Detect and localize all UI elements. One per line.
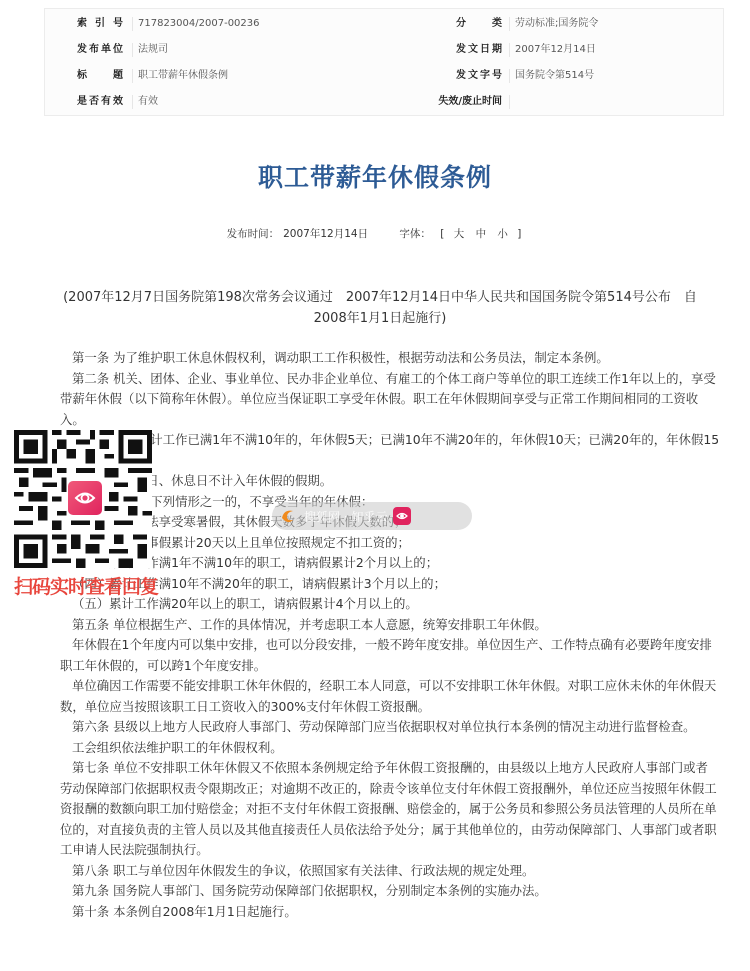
- meta-label-validity: 是否有效: [77, 92, 123, 112]
- font-size-control: [ 大 中 小 ]: [438, 228, 523, 240]
- article-paragraph: 单位确因工作需要不能安排职工休年休假的，经职工本人同意，可以不安排职工休年休假。…: [60, 676, 720, 717]
- eye-icon: [74, 487, 96, 509]
- document-metadata-panel: 索 引 号 717823004/2007-00236 分 类 劳动标准;国务院令…: [44, 8, 724, 116]
- meta-row: 发布单位 法规司 发文日期 2007年12月14日: [45, 40, 725, 60]
- watermark-badge: 搜狐网 · 知乎云: [272, 502, 472, 530]
- meta-label-expiry: 失效/废止时间: [415, 92, 502, 112]
- meta-row: 索 引 号 717823004/2007-00236 分 类 劳动标准;国务院令: [45, 14, 725, 34]
- article-paragraph: 第三条 职工累计工作已满1年不满10年的，年休假5天；已满10年不满20年的，年…: [60, 430, 720, 471]
- meta-value-doc-number: 国务院令第514号: [515, 66, 594, 86]
- meta-value-index: 717823004/2007-00236: [138, 14, 260, 34]
- document-body: 第一条 为了维护职工休息休假权利，调动职工工作积极性，根据劳动法和公务员法，制定…: [60, 348, 720, 922]
- meta-divider: [509, 69, 510, 83]
- publish-date: 2007年12月14日: [283, 228, 368, 240]
- meta-label-index: 索 引 号: [77, 14, 123, 34]
- article-paragraph: 第二条 机关、团体、企业、事业单位、民办非企业单位、有雇工的个体工商户等单位的职…: [60, 369, 720, 431]
- font-size-label: 字体：: [399, 228, 431, 240]
- meta-label-issuer: 发布单位: [77, 40, 123, 60]
- article-paragraph: 第五条 单位根据生产、工作的具体情况，并考虑职工本人意愿，统筹安排职工年休假。: [60, 615, 720, 636]
- font-size-small-button[interactable]: 小: [495, 228, 510, 240]
- eye-icon: [393, 507, 411, 525]
- meta-value-validity: 有效: [138, 92, 158, 112]
- meta-label-title: 标 题: [77, 66, 123, 86]
- article-paragraph: 工会组织依法维护职工的年休假权利。: [60, 738, 720, 759]
- qr-code-image[interactable]: [14, 430, 152, 568]
- watermark-text: 搜狐网 · 知乎云: [304, 508, 387, 525]
- meta-value-category: 劳动标准;国务院令: [515, 14, 598, 34]
- meta-label-category: 分 类: [456, 14, 502, 34]
- publish-label: 发布时间：: [227, 228, 280, 240]
- qr-code-ad[interactable]: 扫码实时查看回复: [14, 430, 154, 605]
- meta-value-title: 职工带薪年休假条例: [138, 66, 228, 86]
- brand-swirl-icon: [278, 506, 298, 526]
- document-preamble: (2007年12月7日国务院第198次常务会议通过 2007年12月14日中华人…: [50, 287, 710, 329]
- qr-caption: 扫码实时查看回复: [14, 572, 174, 599]
- app-logo-icon: [68, 481, 102, 515]
- meta-row: 标 题 职工带薪年休假条例 发文字号 国务院令第514号: [45, 66, 725, 86]
- article-paragraph: 年休假在1个年度内可以集中安排，也可以分段安排，一般不跨年度安排。单位因生产、工…: [60, 635, 720, 676]
- meta-label-issue-date: 发文日期: [456, 40, 502, 60]
- article-paragraph: 国家法定休假日、休息日不计入年休假的假期。: [60, 471, 720, 492]
- meta-divider: [132, 17, 133, 31]
- article-paragraph: 第一条 为了维护职工休息休假权利，调动职工工作积极性，根据劳动法和公务员法，制定…: [60, 348, 720, 369]
- font-size-medium-button[interactable]: 中: [474, 228, 489, 240]
- meta-divider: [509, 43, 510, 57]
- article-paragraph: 第六条 县级以上地方人民政府人事部门、劳动保障部门应当依据职权对单位执行本条例的…: [60, 717, 720, 738]
- font-bracket-close: ]: [517, 228, 521, 240]
- meta-value-issuer: 法规司: [138, 40, 168, 60]
- meta-divider: [509, 95, 510, 109]
- article-paragraph: （三）累计工作满1年不满10年的职工，请病假累计2个月以上的；: [60, 553, 720, 574]
- article-paragraph: 第十条 本条例自2008年1月1日起施行。: [60, 902, 720, 923]
- meta-divider: [132, 69, 133, 83]
- article-paragraph: 第九条 国务院人事部门、国务院劳动保障部门依据职权，分别制定本条例的实施办法。: [60, 881, 720, 902]
- meta-divider: [132, 95, 133, 109]
- font-bracket-open: [: [440, 228, 444, 240]
- article-paragraph: （二）职工请事假累计20天以上且单位按照规定不扣工资的；: [60, 533, 720, 554]
- meta-label-doc-number: 发文字号: [456, 66, 502, 86]
- font-size-large-button[interactable]: 大: [452, 228, 467, 240]
- meta-divider: [509, 17, 510, 31]
- meta-divider: [132, 43, 133, 57]
- meta-row: 是否有效 有效 失效/废止时间: [45, 92, 725, 112]
- publish-info: 发布时间：2007年12月14日 字体： [ 大 中 小 ]: [0, 226, 750, 241]
- article-paragraph: 第八条 职工与单位因年休假发生的争议，依照国家有关法律、行政法规的规定处理。: [60, 861, 720, 882]
- article-paragraph: 第七条 单位不安排职工休年休假又不依照本条例规定给予年休假工资报酬的，由县级以上…: [60, 758, 720, 861]
- page-title: 职工带薪年休假条例: [0, 158, 750, 194]
- meta-value-issue-date: 2007年12月14日: [515, 40, 596, 60]
